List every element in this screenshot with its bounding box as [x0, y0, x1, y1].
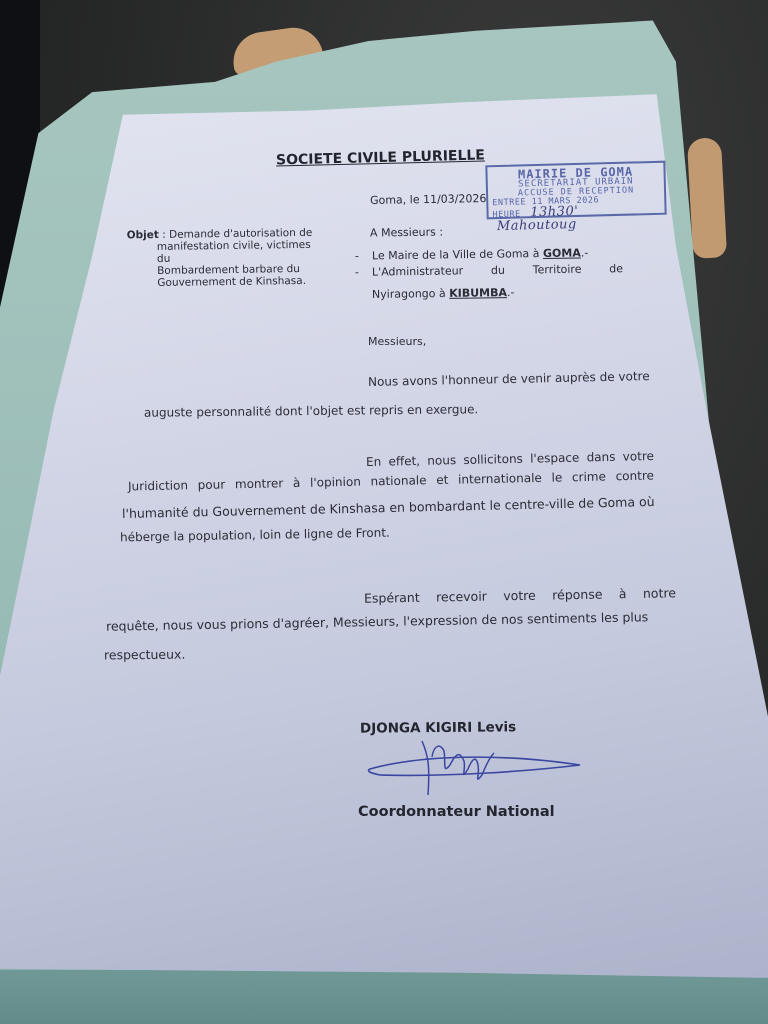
- recipient-place: GOMA: [543, 246, 581, 260]
- word: montrer: [235, 476, 284, 491]
- stamp-handwritten-note: Mahoutoug: [497, 217, 577, 234]
- word: le: [551, 470, 562, 484]
- word: et: [436, 473, 448, 487]
- word: réponse: [552, 587, 603, 603]
- word: à: [619, 586, 627, 601]
- word: effet,: [388, 454, 420, 469]
- place-date: Goma, le 11/03/2026: [370, 192, 487, 207]
- paragraph-1-line-2: auguste personnalité dont l'objet est re…: [144, 402, 478, 420]
- paragraph-3-line-3: respectueux.: [104, 647, 186, 663]
- reception-stamp: MAIRIE DE GOMA SECRETARIAT URBAIN ACCUSE…: [485, 161, 666, 220]
- paragraph-3-line-1: Espérant recevoir votre réponse à notre: [364, 585, 676, 605]
- word: dans: [586, 450, 615, 465]
- word: recevoir: [436, 589, 487, 605]
- word: l'espace: [530, 451, 580, 466]
- salutation: Messieurs,: [368, 335, 426, 348]
- subject-separator: :: [159, 229, 169, 241]
- paragraph-2-line-3: l'humanité du Gouvernement de Kinshasa e…: [122, 494, 655, 521]
- recipients-heading: A Messieurs :: [370, 225, 443, 239]
- word: nationale: [370, 473, 426, 488]
- paragraph-3-line-2: requête, nous vous prions d'agréer, Mess…: [106, 609, 648, 633]
- word: Juridiction: [128, 478, 188, 493]
- word: nous: [427, 453, 456, 468]
- word: votre: [503, 588, 536, 604]
- word: Espérant: [364, 590, 420, 606]
- word: En: [366, 455, 381, 469]
- subject-line: manifestation civile, victimes du: [127, 239, 327, 266]
- word: contre: [615, 468, 654, 483]
- word: internationale: [458, 471, 542, 487]
- word: votre: [623, 449, 654, 464]
- paragraph-2-line-2: Juridiction pour montrer à l'opinion nat…: [128, 468, 654, 493]
- recipient-word: du: [491, 264, 505, 277]
- recipient-word: L'Administrateur: [372, 264, 463, 278]
- organization-title: SOCIETE CIVILE PLURIELLE: [276, 147, 485, 168]
- list-dash: -: [355, 266, 372, 279]
- paragraph-2-line-4: héberge la population, loin de ligne de …: [120, 526, 390, 545]
- letter-content: SOCIETE CIVILE PLURIELLE Goma, le 11/03/…: [0, 0, 768, 1024]
- word: crime: [572, 469, 606, 484]
- recipient-place: KIBUMBA: [449, 286, 507, 300]
- recipient-suffix: .-: [581, 246, 589, 259]
- recipient-administrator: -L'Administrateur du Territoire de: [355, 262, 623, 279]
- recipient-suffix: .-: [507, 286, 515, 299]
- recipient-mayor: -Le Maire de la Ville de Goma à GOMA.-: [355, 246, 588, 262]
- stamp-time-row: HEURE 13h30' Mahoutoug: [492, 203, 661, 233]
- subject-line: Gouvernement de Kinshasa.: [127, 275, 327, 290]
- word: à: [293, 476, 301, 490]
- recipient-text: Nyiragongo à: [372, 287, 449, 301]
- list-dash: -: [355, 249, 372, 262]
- word: notre: [643, 585, 676, 601]
- subject-block: Objet : Demande d'autorisation de manife…: [127, 227, 328, 290]
- handwritten-signature: [360, 735, 590, 805]
- subject-label: Objet: [127, 229, 159, 241]
- recipient-word: de: [609, 262, 623, 275]
- recipient-administrator-continued: Nyiragongo à KIBUMBA.-: [372, 286, 515, 301]
- word: sollicitons: [463, 452, 523, 467]
- word: pour: [198, 477, 226, 492]
- recipient-text: Le Maire de la Ville de Goma à: [372, 247, 543, 262]
- word: l'opinion: [310, 475, 361, 490]
- paragraph-2-line-1: En effet, nous sollicitons l'espace dans…: [366, 449, 654, 469]
- signatory-role: Coordonnateur National: [358, 804, 555, 820]
- recipient-word: Territoire: [533, 263, 582, 277]
- paragraph-1-line-1: Nous avons l'honneur de venir auprès de …: [368, 369, 650, 389]
